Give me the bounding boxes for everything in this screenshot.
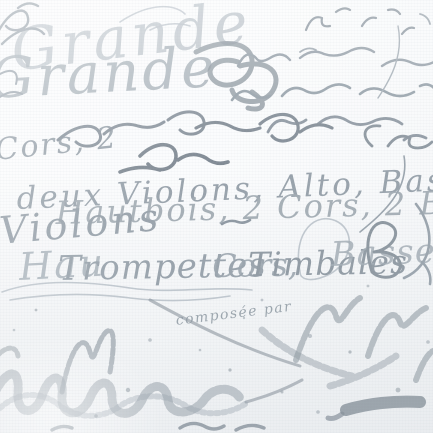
grunge-smudge-word2 xyxy=(0,395,248,416)
scrawl-mid-left2 xyxy=(196,114,332,141)
scrawl-cifre-mark xyxy=(365,126,432,148)
script-word-grande-overlap: Grande xyxy=(0,40,219,108)
marks-top-right2 xyxy=(300,14,430,52)
scrawl-right-row1 xyxy=(238,48,433,66)
script-word-basses: Basses xyxy=(330,234,433,272)
grunge-left-edge xyxy=(0,348,18,360)
scrawl-mid-dark-knot xyxy=(120,145,228,172)
fabric-script-photo: Grande Grande Cors, 2 deux Violons, Alto… xyxy=(0,0,433,433)
scrawl-right-row3 xyxy=(268,117,426,140)
grunge-dark-bar xyxy=(346,402,420,410)
scrawl-right-row2 xyxy=(232,84,433,100)
grunge-smudge-word xyxy=(0,374,240,413)
grunge-w-loops xyxy=(62,331,113,392)
script-word-composee-par: composée par xyxy=(175,300,293,328)
scrawl-right-thin-curve xyxy=(378,26,399,98)
grunge-right-diagonals xyxy=(296,298,433,380)
script-word-cors-left: Cors, 2 xyxy=(0,123,119,166)
grunge-right-mass xyxy=(262,330,396,386)
faint-line-left2 xyxy=(10,294,230,300)
marks-top-right xyxy=(306,8,414,34)
ink-specks xyxy=(13,285,430,418)
grunge-bar-tail xyxy=(328,414,342,419)
grunge-bottom-edge-marks xyxy=(52,423,264,430)
